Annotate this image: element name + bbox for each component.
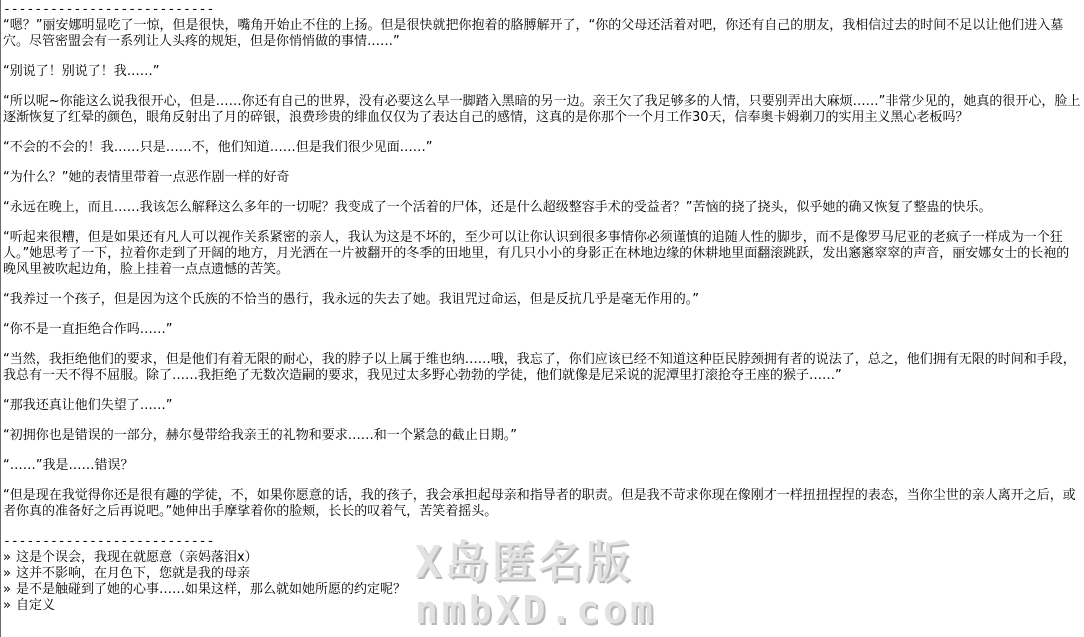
story-paragraph: “但是现在我觉得你还是很有趣的学徒，不，如果你愿意的话，我的孩子，我会承担起母亲… — [3, 488, 1081, 520]
story-paragraph: “你不是一直拒绝合作吗……” — [3, 322, 1081, 338]
post-content: --------------------------- “嗯？”丽安娜明显吃了一… — [3, 2, 1081, 614]
story-paragraph: “所以呢~你能这么说我很开心，但是……你还有自己的世界，没有必要这么早一脚踏入黑… — [3, 94, 1081, 126]
option-text: 这是个误会，我现在就愿意（亲妈落泪x） — [16, 550, 258, 565]
option-marker: » — [3, 550, 11, 565]
thread-page: X岛匿名版 nmbXD.com ------------------------… — [0, 0, 1084, 637]
option-line: »自定义 — [3, 598, 1081, 614]
option-line: »这是个误会，我现在就愿意（亲妈落泪x） — [3, 550, 1081, 566]
story-paragraph: “我养过一个孩子，但是因为这个氏族的不恰当的愚行，我永远的失去了她。我诅咒过命运… — [3, 292, 1081, 308]
options-block: --------------------------- »这是个误会，我现在就愿… — [3, 534, 1081, 614]
story-paragraph: “永远在晚上，而且……我该怎么解释这么多年的一切呢？我变成了一个活着的尸体，还是… — [3, 200, 1081, 216]
option-text: 是不是触碰到了她的心事……如果这样，那么就如她所愿的约定呢？ — [16, 582, 406, 597]
option-text: 自定义 — [16, 598, 55, 613]
option-line: »这并不影响，在月色下，您就是我的母亲 — [3, 566, 1081, 582]
story-paragraph: “……”我是……错误？ — [3, 458, 1081, 474]
option-marker: » — [3, 598, 11, 613]
separator-options: --------------------------- — [3, 534, 1081, 550]
option-marker: » — [3, 566, 11, 581]
story-paragraph: “不会的不会的！我……只是……不，他们知道……但是我们很少见面……” — [3, 140, 1081, 156]
story-paragraph: “别说了！别说了！我……” — [3, 64, 1081, 80]
story-paragraph: “初拥你也是错误的一部分，赫尔曼带给我亲王的礼物和要求……和一个紧急的截止日期。… — [3, 428, 1081, 444]
story-paragraph: “为什么？”她的表情里带着一点恶作剧一样的好奇 — [3, 170, 1081, 186]
story-paragraph: “当然，我拒绝他们的要求，但是他们有着无限的耐心，我的脖子以上属于维也纳……哦，… — [3, 352, 1081, 384]
story-paragraph: “那我还真让他们失望了……” — [3, 398, 1081, 414]
option-line: »是不是触碰到了她的心事……如果这样，那么就如她所愿的约定呢？ — [3, 582, 1081, 598]
story-paragraph: “听起来很糟，但是如果还有凡人可以视作关系紧密的亲人，我认为这是不坏的，至少可以… — [3, 230, 1081, 278]
option-marker: » — [3, 582, 11, 597]
story-paragraph: “嗯？”丽安娜明显吃了一惊，但是很快，嘴角开始止不住的上扬。但是很快就把你抱着的… — [3, 18, 1081, 50]
option-text: 这并不影响，在月色下，您就是我的母亲 — [16, 566, 250, 581]
separator-top: --------------------------- — [3, 2, 1081, 18]
